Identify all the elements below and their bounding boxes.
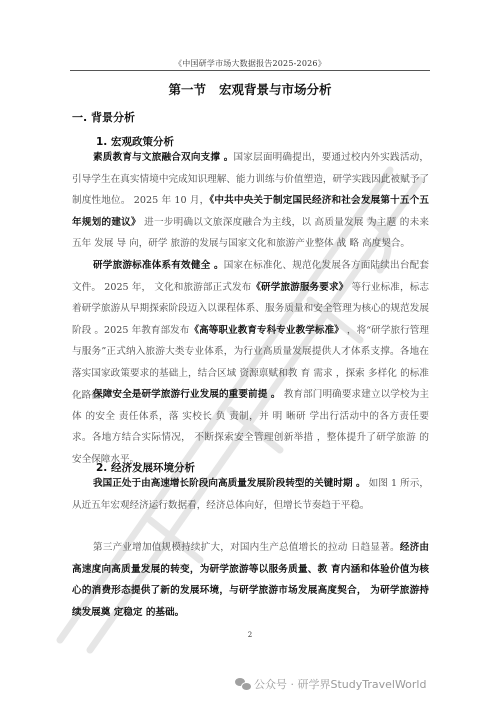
paragraph-lead: 保障安全是研学旅游行业发展的重要前提 。	[93, 389, 281, 400]
running-header: 《中国研学市场大数据报告2025-2026》	[70, 58, 430, 69]
wechat-icon	[235, 678, 251, 690]
header-rule	[70, 70, 430, 71]
section-title: 第一节 宏观背景与市场分析	[70, 80, 430, 98]
paragraph-economic-transition: 我国正处于由高速增长阶段向高质量发展阶段转型的关键时期 。 如图 1 所示，从近…	[72, 473, 429, 516]
footer-watermark-text: 公众号 · 研学界StudyTravelWorld	[254, 676, 426, 692]
footer-watermark: 公众号 · 研学界StudyTravelWorld	[235, 676, 426, 692]
paragraph-lead: 素质教育与文旅融合双向支撑 。	[93, 152, 234, 163]
document-title-reference: 《研学旅游服务要求》	[251, 282, 348, 293]
paragraph-policy-support: 素质教育与文旅融合双向支撑 。国家层面明确提出，要通过校内外实践活动，引导学生在…	[72, 147, 429, 255]
document-page: 《中国研学市场大数据报告2025-2026》 第一节 宏观背景与市场分析 一. …	[0, 0, 500, 707]
page-number: 2	[0, 631, 500, 639]
paragraph-lead: 研学旅游标准体系有效健全 。	[93, 260, 224, 271]
paragraph-lead: 我国正处于由高速增长阶段向高质量发展阶段转型的关键时期 。	[93, 478, 366, 489]
part-heading: 一. 背景分析	[72, 109, 135, 125]
paragraph-safety: 保障安全是研学旅游行业发展的重要前提 。 教育部门明确要求建立以学校为主体 的安…	[72, 384, 429, 470]
emphasized-conclusion: 经济由高速度向高质量发展的转变，为研学旅游等以服务质量、教 育内涵和体验价值为核…	[72, 542, 429, 618]
paragraph-tertiary-industry: 第三产业增加值规模持续扩大，对国内生产总值增长的拉动 日趋显著。经济由高速度向高…	[72, 537, 429, 623]
document-title-reference: 《高等职业教育专科专业教学标准》	[189, 325, 343, 336]
